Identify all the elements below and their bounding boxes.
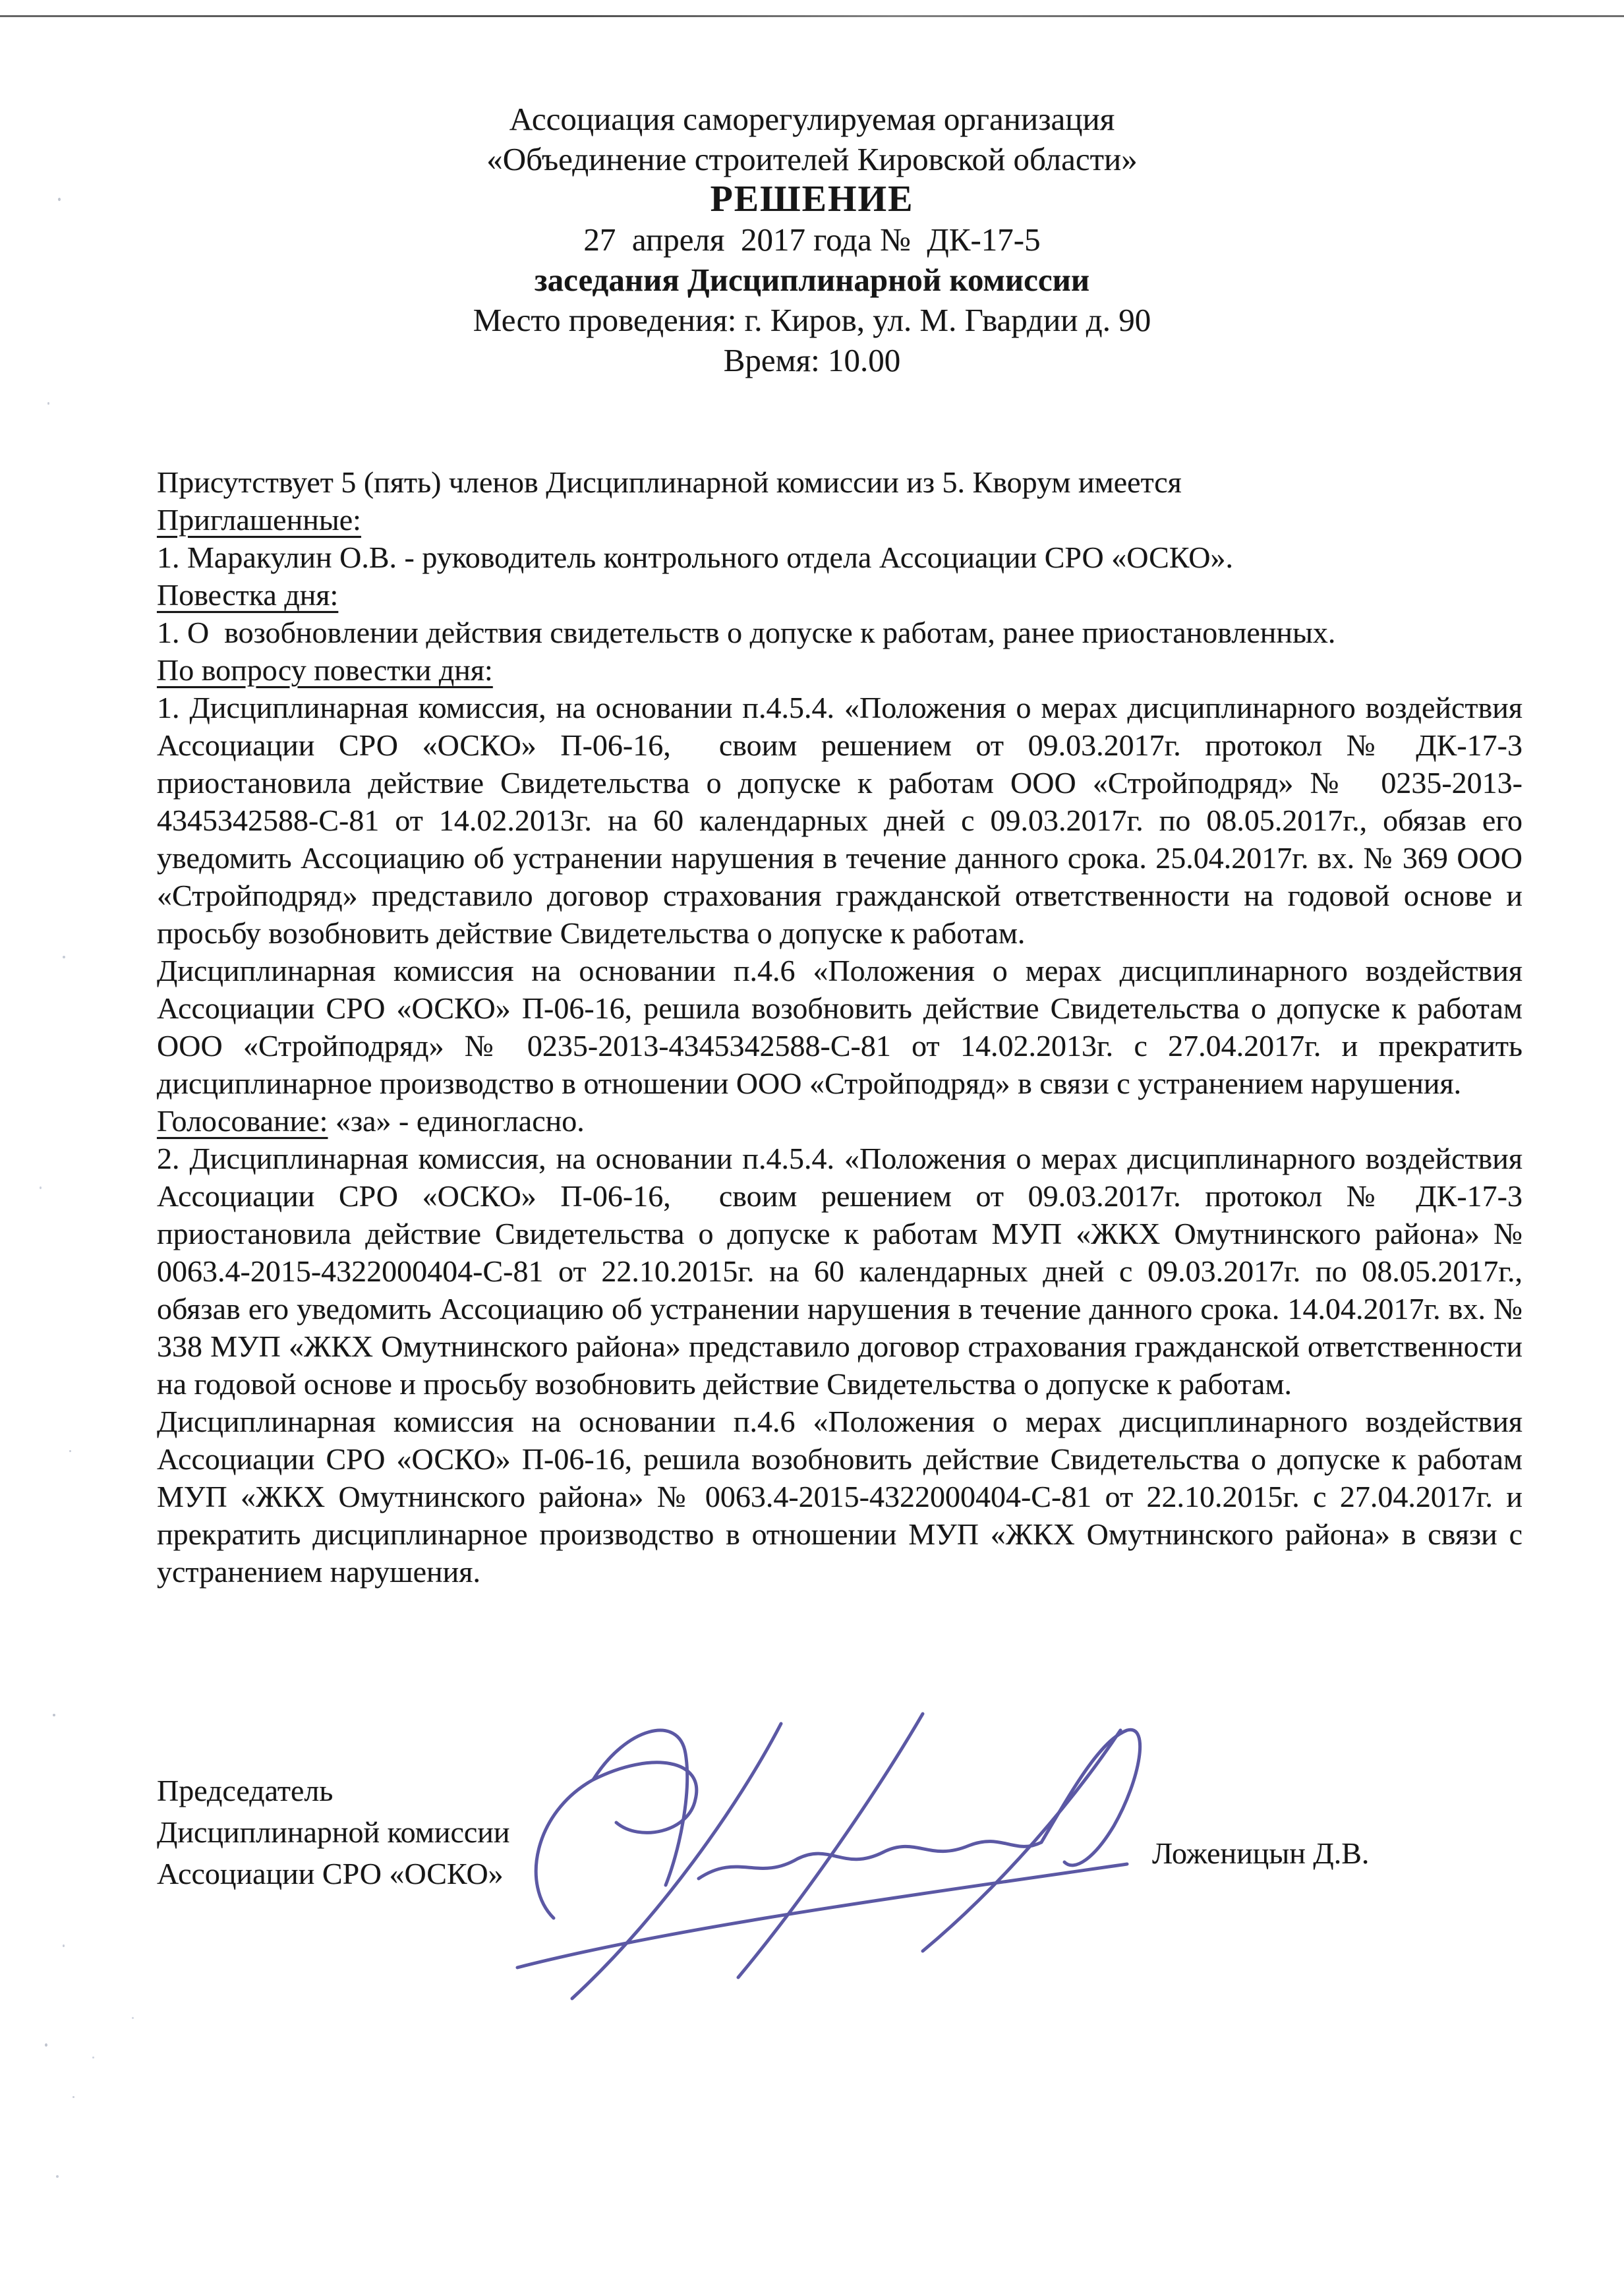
- doc-title: РЕШЕНИЕ: [0, 179, 1624, 219]
- paragraph-2: Дисциплинарная комиссия на основании п.4…: [157, 952, 1522, 1102]
- signature-ink: [461, 1701, 1186, 2010]
- scan-speckle: [58, 198, 61, 201]
- voting-label: Голосование:: [157, 1104, 328, 1138]
- meeting-time: Время: 10.00: [0, 340, 1624, 380]
- scan-speckle: [92, 2057, 94, 2059]
- document-body: Присутствует 5 (пять) членов Дисциплинар…: [157, 463, 1522, 1591]
- scan-speckle: [45, 2043, 47, 2047]
- agenda-heading: Повестка дня:: [157, 578, 338, 612]
- scan-speckle: [69, 1450, 71, 1452]
- scan-speckle: [40, 1186, 42, 1189]
- voting-result: «за» - единогласно.: [328, 1104, 584, 1138]
- scan-speckle: [132, 2017, 134, 2019]
- signer-title-line2: Дисциплинарной комиссии: [157, 1811, 510, 1853]
- question-heading: По вопросу повестки дня:: [157, 653, 493, 687]
- paragraph-1: 1. Дисциплинарная комиссия, на основании…: [157, 689, 1522, 952]
- meeting-location: Место проведения: г. Киров, ул. М. Гвард…: [0, 300, 1624, 340]
- paragraph-4: Дисциплинарная комиссия на основании п.4…: [157, 1403, 1522, 1591]
- org-name-line2: «Объединение строителей Кировской област…: [0, 139, 1624, 179]
- voting-line: Голосование: «за» - единогласно.: [157, 1102, 1522, 1140]
- scan-speckle: [63, 1944, 65, 1947]
- doc-date-number: 27 апреля 2017 года № ДК-17-5: [0, 219, 1624, 260]
- scan-speckle: [53, 1714, 55, 1716]
- org-name-line1: Ассоциация саморегулируемая организация: [0, 99, 1624, 139]
- invited-item: 1. Маракулин О.В. - руководитель контрол…: [157, 539, 1522, 576]
- signer-title-line3: Ассоциации СРО «ОСКО»: [157, 1853, 510, 1894]
- paragraph-3: 2. Дисциплинарная комиссия, на основании…: [157, 1140, 1522, 1403]
- agenda-heading-line: Повестка дня:: [157, 576, 1522, 614]
- document-page: Ассоциация саморегулируемая организация …: [0, 0, 1624, 2278]
- signature-block: Председатель Дисциплинарной комиссии Асс…: [157, 1770, 510, 1894]
- scan-speckle: [63, 956, 65, 958]
- agenda-item: 1. О возобновлении действия свидетельств…: [157, 614, 1522, 651]
- invited-heading: Приглашенные:: [157, 503, 361, 537]
- question-heading-line: По вопросу повестки дня:: [157, 651, 1522, 689]
- scan-edge-line: [0, 15, 1624, 17]
- scan-speckle: [72, 2096, 74, 2098]
- scan-speckle: [47, 402, 49, 405]
- quorum-line: Присутствует 5 (пять) членов Дисциплинар…: [157, 463, 1522, 501]
- meeting-title: заседания Дисциплинарной комиссии: [0, 260, 1624, 300]
- signer-title-line1: Председатель: [157, 1770, 510, 1811]
- document-header: Ассоциация саморегулируемая организация …: [0, 99, 1624, 380]
- scan-speckle: [56, 2175, 59, 2178]
- invited-heading-line: Приглашенные:: [157, 501, 1522, 539]
- signer-name: Ложеницын Д.В.: [1152, 1834, 1369, 1872]
